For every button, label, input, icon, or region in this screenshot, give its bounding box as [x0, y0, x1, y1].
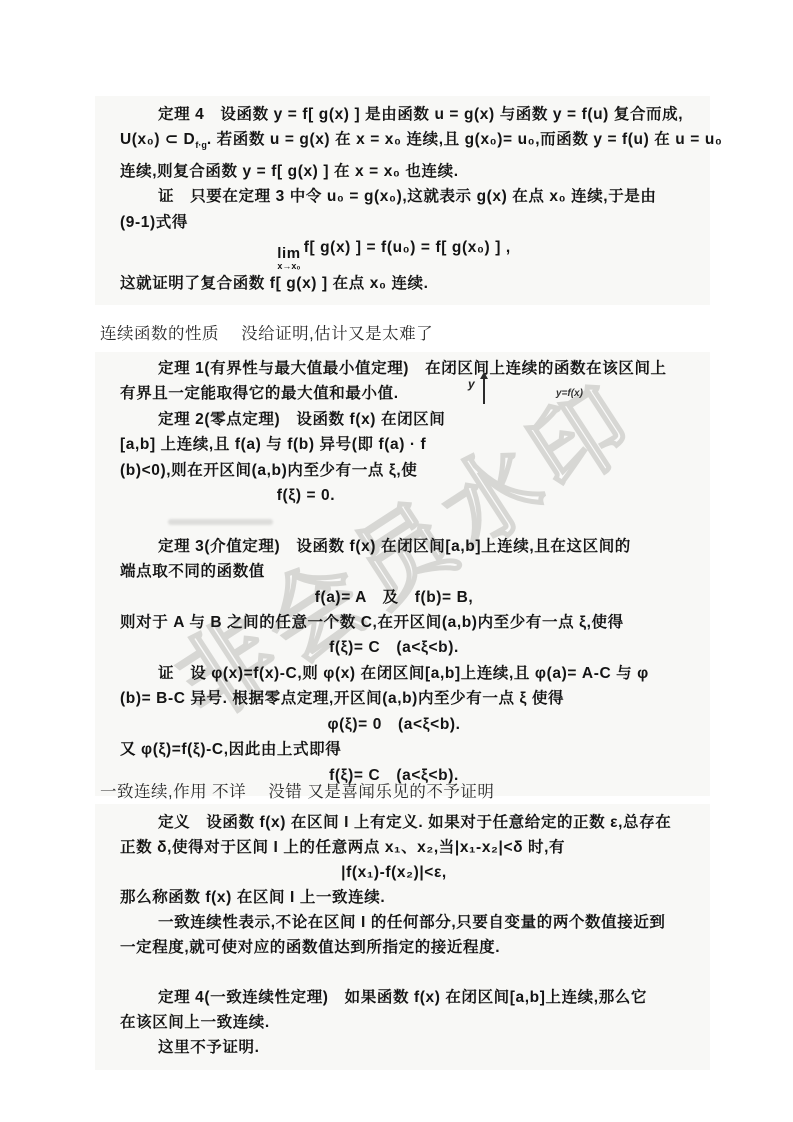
- spacer: [120, 960, 710, 985]
- text-line: 这就证明了复合函数 f[ g(x) ] 在点 x₀ 连续.: [120, 271, 710, 296]
- text-line: (9-1)式得: [120, 210, 710, 235]
- document-page: 定理 4 设函数 y = f[ g(x) ] 是由函数 u = g(x) 与函数…: [0, 0, 793, 1122]
- text-line: U(x₀) ⊂ Df·g. 若函数 u = g(x) 在 x = x₀ 连续,且…: [120, 127, 710, 159]
- text-line: 端点取不同的函数值: [120, 559, 710, 584]
- scan-block-closed-interval-theorems: 非会员水印 定理 1(有界性与最大值最小值定理) 在闭区间上连续的函数在该区间上…: [95, 352, 710, 796]
- text-line: 一致连续性表示,不论在区间 I 的任何部分,只要自变量的两个数值接近到: [120, 910, 710, 935]
- text-line: [a,b] 上连续,且 f(a) 与 f(b) 异号(即 f(a) · f: [120, 432, 710, 457]
- text-line: 则对于 A 与 B 之间的任意一个数 C,在开区间(a,b)内至少有一点 ξ,使…: [120, 610, 710, 635]
- text-line: 定义 设函数 f(x) 在区间 I 上有定义. 如果对于任意给定的正数 ε,总存…: [120, 810, 710, 835]
- smudge-mark: [168, 519, 273, 525]
- formula-line: |f(x₁)-f(x₂)|<ε,: [120, 860, 668, 885]
- text-line: 一定程度,就可使对应的函数值达到所指定的接近程度.: [120, 935, 710, 960]
- scan-block-composite-continuity: 定理 4 设函数 y = f[ g(x) ] 是由函数 u = g(x) 与函数…: [95, 96, 710, 305]
- figure-curve-label: y=f(x): [556, 388, 583, 399]
- text-line: 定理 3(介值定理) 设函数 f(x) 在闭区间[a,b]上连续,且在这区间的: [120, 534, 710, 559]
- formula-line: f(ξ) = 0.: [120, 483, 492, 508]
- formula-line: φ(ξ)= 0 (a<ξ<b).: [120, 712, 668, 737]
- figure-fragment: y y=f(x): [462, 376, 594, 408]
- text-line: 证 只要在定理 3 中令 u₀ = g(x₀),这就表示 g(x) 在点 x₀ …: [120, 184, 710, 209]
- erased-mark: [120, 508, 710, 533]
- formula-line: f(ξ)= C (a<ξ<b).: [120, 635, 668, 660]
- text-line: 定理 1(有界性与最大值最小值定理) 在闭区间上连续的函数在该区间上: [120, 356, 710, 381]
- formula-line: f(a)= A 及 f(b)= B,: [120, 585, 668, 610]
- text-line: 又 φ(ξ)=f(ξ)-C,因此由上式即得: [120, 737, 710, 762]
- scan-block-uniform-continuity: 定义 设函数 f(x) 在区间 I 上有定义. 如果对于任意给定的正数 ε,总存…: [95, 804, 710, 1070]
- text-line: 证 设 φ(x)=f(x)-C,则 φ(x) 在闭区间[a,b]上连续,且 φ(…: [120, 661, 710, 686]
- formula-line: f(ξ)= C (a<ξ<b).: [120, 763, 668, 788]
- axis-arrowhead-icon: [480, 372, 488, 379]
- annotation-note-1: 连续函数的性质 没给证明,估计又是太难了: [100, 320, 433, 344]
- text-line: 这里不予证明.: [120, 1035, 710, 1060]
- text-line: 连续,则复合函数 y = f[ g(x) ] 在 x = x₀ 也连续.: [120, 159, 710, 184]
- lim-operator: limx→x₀: [277, 246, 300, 271]
- page: { "watermark": { "text": "非会员水印", "strok…: [0, 0, 793, 1122]
- text-line: (b)<0),则在开区间(a,b)内至少有一点 ξ,使: [120, 458, 710, 483]
- limit-formula: limx→x₀f[ g(x) ] = f(u₀) = f[ g(x₀) ] ,: [120, 235, 668, 271]
- text-line: 定理 4 设函数 y = f[ g(x) ] 是由函数 u = g(x) 与函数…: [120, 102, 710, 127]
- text-line: 定理 2(零点定理) 设函数 f(x) 在闭区间: [120, 407, 710, 432]
- text-line: 在该区间上一致连续.: [120, 1010, 710, 1035]
- text-line: 定理 4(一致连续性定理) 如果函数 f(x) 在闭区间[a,b]上连续,那么它: [120, 985, 710, 1010]
- text-line: 有界且一定能取得它的最大值和最小值.: [120, 381, 710, 406]
- figure-y-axis-label: y: [468, 377, 475, 391]
- text-line: (b)= B-C 异号. 根据零点定理,开区间(a,b)内至少有一点 ξ 使得: [120, 686, 710, 711]
- text-line: 正数 δ,使得对于区间 I 上的任意两点 x₁、x₂,当|x₁-x₂|<δ 时,…: [120, 835, 710, 860]
- text-line: 那么称函数 f(x) 在区间 I 上一致连续.: [120, 885, 710, 910]
- y-axis-icon: [483, 378, 485, 404]
